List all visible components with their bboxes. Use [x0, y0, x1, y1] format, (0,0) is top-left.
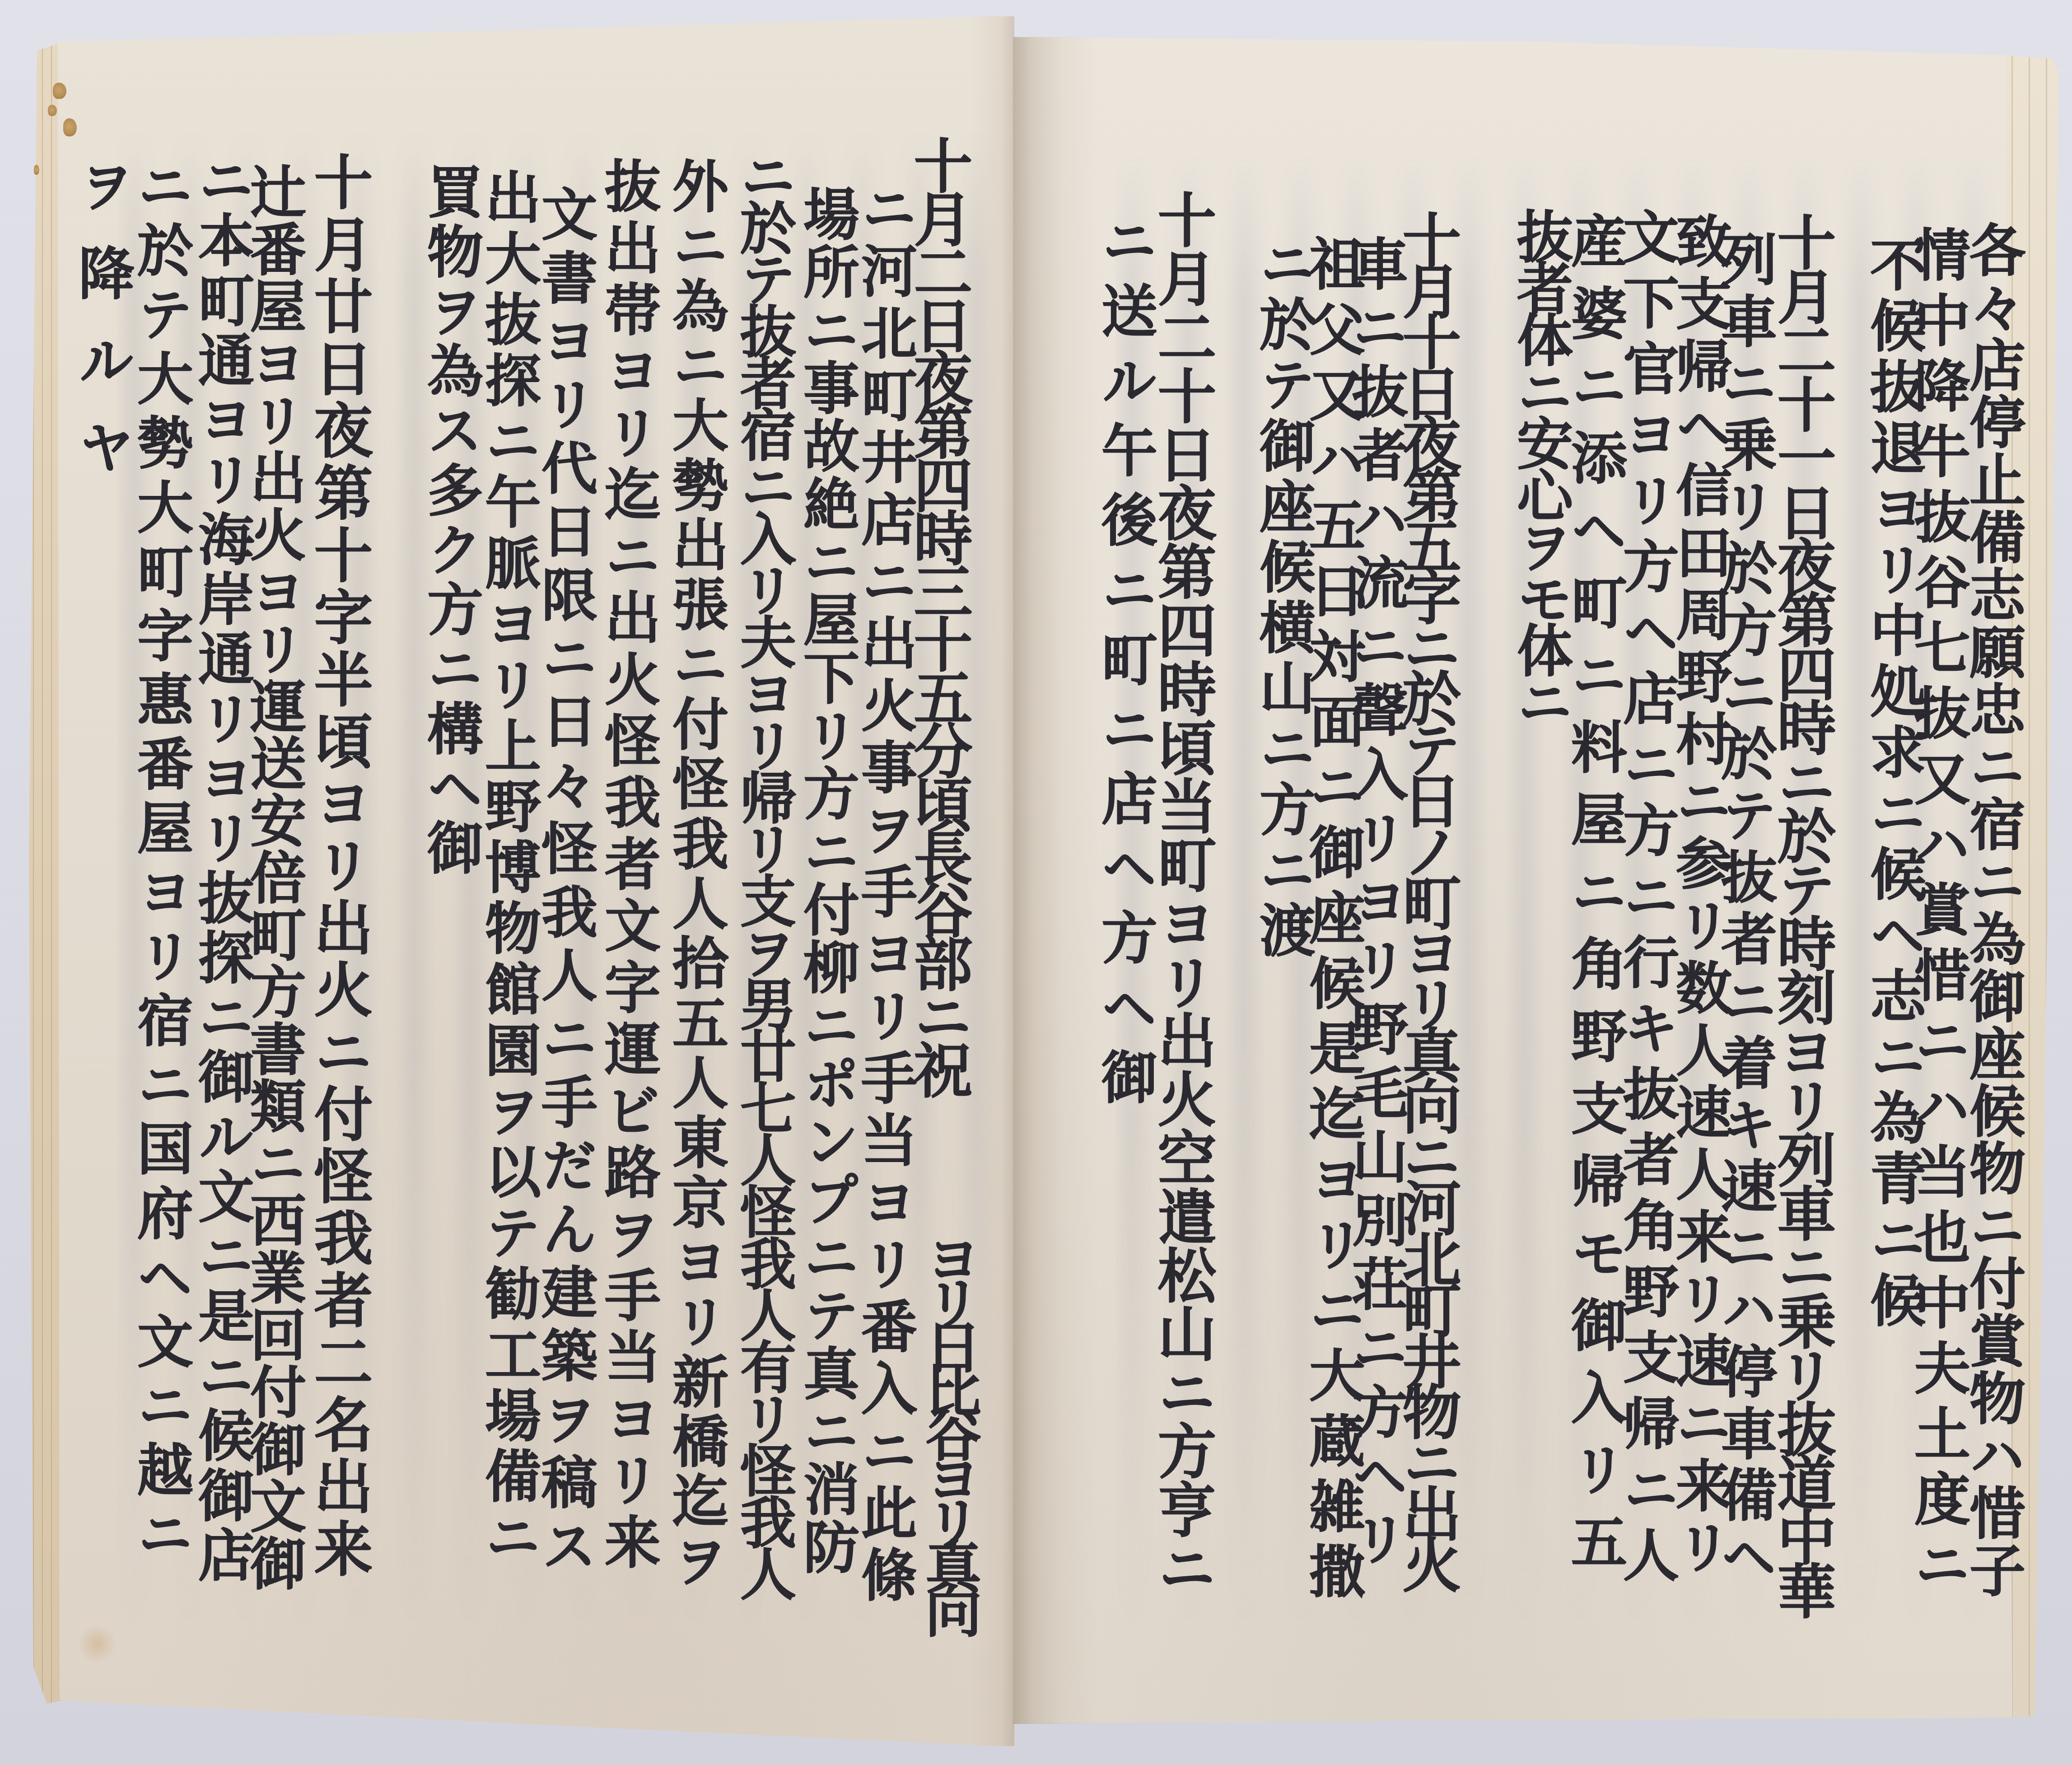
column-text: 十月廿日夜第十字半頃ヨリ出火ニ付怪我者二名出来 [304, 152, 373, 1580]
handwritten-column: ニ於テ大勢大町字惠番屋ヨリ宿ニ国府ヘ文ニ越ニ [129, 157, 192, 1569]
wormhole-icon [48, 105, 57, 116]
column-text: ニ於テ御座候横山ニ方ニ渡 [1250, 235, 1315, 962]
paper-stain [77, 1626, 117, 1662]
column-text: 抜出帯ヨリ迄ニ出火怪我者文字運ビ路ヲ手当ヨリ来 [595, 157, 660, 1574]
handwritten-column: 場所ニ事故絶ニ屋下リ方ニ付柳ニポンプニテ真ニ消防 [795, 185, 858, 1576]
column-text: 十月二十日夜第四時頃当町ヨリ出火空遣松山ニ方亨ニ [1148, 190, 1217, 1597]
handwritten-column: 抜出帯ヨリ迄ニ出火怪我者文字運ビ路ヲ手当ヨリ来 [596, 157, 659, 1574]
column-text: 外ニ為ニ大勢出張ニ付怪我人拾五人東京ヨリ新橋迄ヲ [663, 157, 728, 1592]
right-gutter-shadow [1013, 37, 1099, 1724]
column-text: ニ本町通ヨリ海岸通リヨリ抜探ニ御ル文ニ是ニ候御店 [189, 152, 254, 1586]
column-text: ニ河北町井店ニ出火事ヲ手ヨリ手当ヨリ番入ニ此條 [852, 180, 917, 1608]
handwritten-column: 抜者体ニ安心ヲモ体ニ [1508, 208, 1572, 725]
handwritten-column: 買物ヲ為ス多ク方ニ構ヘ御 [419, 163, 482, 878]
handwritten-column-continuation: ヨリ日比谷ヨリ真向 [917, 1230, 980, 1626]
column-text: ヲ降ルヤ [69, 157, 134, 506]
handwritten-column: 文書ヨリ代日限ニ日々怪我人ニ手だん建築ヲ稿ス [533, 185, 596, 1580]
handwritten-column: 出大抜探ニ午脈ヨリ上野博物館園ヲ以テ勧工場備ニ [476, 168, 540, 1569]
wormhole-icon [63, 118, 77, 136]
wormhole-icon [53, 83, 66, 99]
column-text: ヨリ日比谷ヨリ真向 [916, 1230, 981, 1626]
handwritten-column: ニ本町通ヨリ海岸通リヨリ抜探ニ御ル文ニ是ニ候御店 [190, 152, 253, 1586]
handwritten-column: 外ニ為ニ大勢出張ニ付怪我人拾五人東京ヨリ新橋迄ヲ [664, 157, 727, 1592]
entry-heading-column: 十月二十一日夜第四時ニ於テ時刻ヨリ列車ニ乗リ抜道中華 [1770, 212, 1834, 1615]
column-text: 不候抜退ヨリ中処求ニ候ヘ志ニ為青ニ候 [1861, 236, 1926, 1332]
column-text: 十月二十一日夜第四時ニ於テ時刻ヨリ列車ニ乗リ抜道中華 [1768, 212, 1836, 1615]
handwritten-column: ニ河北町井店ニ出火事ヲ手ヨリ手当ヨリ番入ニ此條 [853, 180, 916, 1608]
column-text: ニ送ル午後ニ町ニ店ヘ方ヘ御 [1092, 212, 1157, 1118]
entry-heading-column: 十月廿日夜第十字半頃ヨリ出火ニ付怪我者二名出来 [307, 152, 370, 1580]
column-text: 出大抜探ニ午脈ヨリ上野博物館園ヲ以テ勧工場備ニ [476, 168, 541, 1569]
handwritten-column: ヲ降ルヤ [70, 157, 133, 506]
handwritten-column: ニ送ル午後ニ町ニ店ヘ方ヘ御 [1093, 212, 1156, 1118]
column-text: ニ於テ大勢大町字惠番屋ヨリ宿ニ国府ヘ文ニ越ニ [128, 157, 193, 1569]
handwritten-column: 各々店停止備志願忠ニ宿ニ為御座候物ニ付賞物ハ惜子 [1961, 221, 2024, 1599]
entry-heading-column: 十月二十日夜第四時頃当町ヨリ出火空遣松山ニ方亨ニ [1151, 190, 1214, 1597]
handwritten-column: 不候抜退ヨリ中処求ニ候ヘ志ニ為青ニ候 [1862, 236, 1925, 1332]
column-text: 場所ニ事故絶ニ屋下リ方ニ付柳ニポンプニテ真ニ消防 [794, 185, 859, 1576]
wormhole-icon [34, 165, 39, 175]
column-text: 抜者体ニ安心ヲモ体ニ [1507, 208, 1573, 725]
handwritten-column: ニ於テ御座候横山ニ方ニ渡 [1251, 235, 1314, 962]
column-text: 文書ヨリ代日限ニ日々怪我人ニ手だん建築ヲ稿ス [532, 185, 597, 1580]
handwritten-column: ニ於テ抜者宿ニ入リ夫ヨリ帰リ支ヲ男廿七人怪我人有リ怪我人 [732, 147, 795, 1597]
column-text: ニ於テ抜者宿ニ入リ夫ヨリ帰リ支ヲ男廿七人怪我人有リ怪我人 [731, 147, 796, 1597]
column-text: 買物ヲ為ス多ク方ニ構ヘ御 [418, 163, 483, 878]
